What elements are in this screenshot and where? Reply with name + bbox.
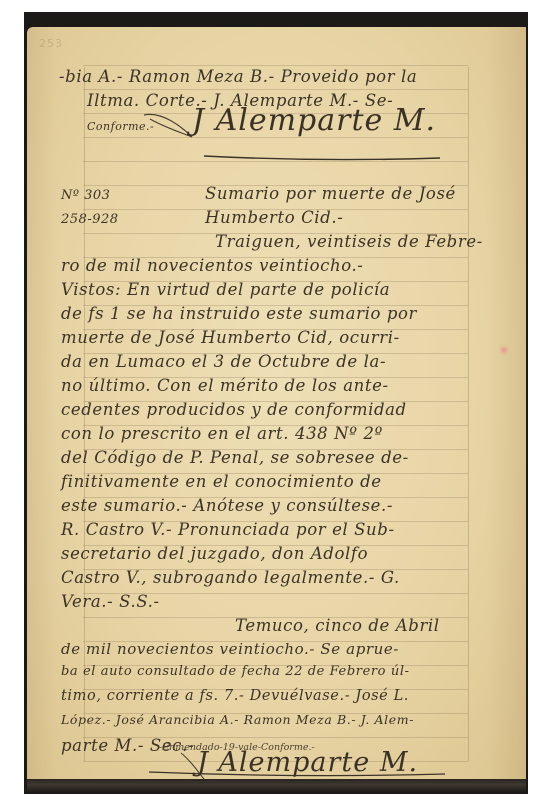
body-line-9: con lo prescrito en el art. 438 Nº 2º xyxy=(61,424,383,443)
body-line-5: muerte de José Humberto Cid, ocurri- xyxy=(61,328,400,347)
body-line-14: secretario del juzgado, don Adolfo xyxy=(61,544,368,563)
body-line-7: no último. Con el mérito de los ante- xyxy=(61,376,389,395)
ledger-page: 253 -bia A.- Ramon Meza xyxy=(27,27,526,779)
body-line-13: R. Castro V.- Pronunciada por el Sub- xyxy=(61,520,395,539)
approval-line-1: Temuco, cinco de Abril xyxy=(235,616,440,635)
case-heading-line-1: Sumario por muerte de José xyxy=(205,184,456,203)
body-line-2: ro de mil novecientos veintiocho.- xyxy=(61,256,363,275)
signature-underline-top xyxy=(202,152,442,164)
body-line-1: Traiguen, veintiseis de Febre- xyxy=(215,232,483,251)
approval-line-2: de mil novecientos veintiocho.- Se aprue… xyxy=(61,640,399,658)
case-heading-line-2: Humberto Cid.- xyxy=(205,208,343,227)
body-line-10: del Código de P. Penal, se sobresee de- xyxy=(61,448,409,467)
signature-underline-bottom xyxy=(147,769,447,779)
body-line-8: cedentes producidos y de conformidad xyxy=(61,400,407,419)
top-entry-line-1: -bia A.- Ramon Meza B.- Proveido por la xyxy=(59,67,417,86)
body-line-3: Vistos: En virtud del parte de policía xyxy=(61,280,390,299)
body-line-11: finitivamente en el conocimiento de xyxy=(61,472,382,491)
page-bottom-edge xyxy=(27,779,526,793)
pencil-page-number: 253 xyxy=(39,37,63,50)
body-line-15: Castro V., subrogando legalmente.- G. xyxy=(61,568,400,587)
right-margin-rule xyxy=(468,67,469,761)
body-line-12: este sumario.- Anótese y consúltese.- xyxy=(61,496,393,515)
case-reference: 258-928 xyxy=(61,212,119,227)
laser-dot-artifact xyxy=(502,348,506,352)
approval-line-4: timo, corriente a fs. 7.- Devuélvase.- J… xyxy=(61,688,409,704)
case-number: Nº 303 xyxy=(61,188,110,203)
body-line-4: de fs 1 se ha instruido este sumario por xyxy=(61,304,417,323)
body-line-16: Vera.- S.S.- xyxy=(61,592,160,611)
approval-line-5: López.- José Arancibia A.- Ramon Meza B.… xyxy=(61,712,414,727)
signature-alemparte-top: J Alemparte M. xyxy=(192,103,436,138)
body-line-6: da en Lumaco el 3 de Octubre de la- xyxy=(61,352,386,371)
approval-line-3: ba el auto consultado de fecha 22 de Feb… xyxy=(61,664,410,679)
